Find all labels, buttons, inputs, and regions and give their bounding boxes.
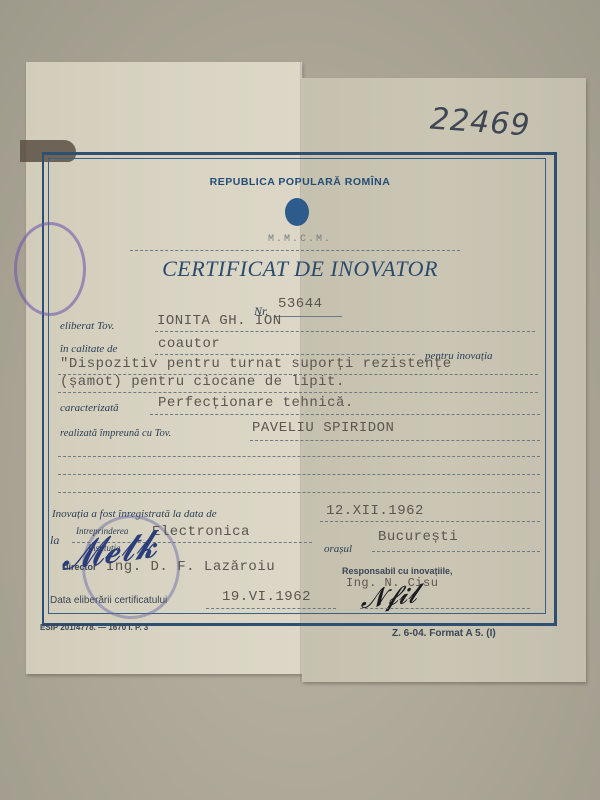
- number-line: [276, 316, 342, 317]
- city-line: [372, 551, 540, 552]
- coat-of-arms-icon: [285, 198, 309, 226]
- issued-to-value: IONITA GH. ION: [157, 313, 282, 329]
- registered-line: [320, 521, 540, 522]
- enterprise-value: Electronica: [152, 524, 250, 540]
- city-label: orașul: [324, 543, 352, 555]
- responsible-signature: 𝓝𝓯𝓲𝓵: [359, 579, 419, 616]
- responsible-label: Responsabil cu inovațiile,: [342, 566, 453, 576]
- together-value: PAVELIU SPIRIDON: [252, 420, 394, 436]
- blank-line-2: [58, 474, 540, 475]
- together-line: [250, 440, 540, 441]
- issued-to-line: [155, 331, 535, 332]
- signature-line: [360, 608, 530, 609]
- issue-date-value: 19.VI.1962: [222, 589, 311, 605]
- capacity-label: în calitate de: [60, 343, 117, 355]
- innovation-line-2: (șamot) pentru ciocane de lipit.: [60, 374, 345, 390]
- country-header: REPUBLICA POPULARĂ ROMÎNA: [0, 176, 600, 188]
- issue-date-label: Data eliberării certificatului: [50, 595, 167, 606]
- blank-line-3: [58, 492, 540, 493]
- handwritten-number: 22469: [429, 102, 532, 144]
- issue-date-line: [206, 608, 336, 609]
- issued-to-label: eliberat Tov.: [60, 320, 114, 332]
- innovation-line-2-rule: [58, 392, 538, 393]
- capacity-line: [155, 354, 415, 355]
- capacity-value: coautor: [158, 336, 220, 352]
- characterized-label: caracterizată: [60, 402, 119, 414]
- together-label: realizată împreună cu Tov.: [60, 428, 171, 439]
- number-value: 53644: [278, 296, 323, 312]
- registered-value: 12.XII.1962: [326, 503, 424, 519]
- divider: [130, 250, 460, 251]
- footer-right: Z. 6-04. Format A 5. (I): [392, 628, 496, 639]
- innovation-line-1: "Dispozitiv pentru turnat suporți rezist…: [60, 356, 452, 372]
- characterized-value: Perfecționare tehnică.: [158, 395, 354, 411]
- blank-line-1: [58, 456, 540, 457]
- characterized-line: [150, 414, 540, 415]
- ministry-label: M.M.C.M.: [0, 234, 600, 245]
- city-value: București: [378, 529, 458, 545]
- certificate-title: CERTIFICAT DE INOVATOR: [0, 256, 600, 282]
- footer-left: ESIP 201/4778. — 1670 I. P. 3: [40, 623, 148, 632]
